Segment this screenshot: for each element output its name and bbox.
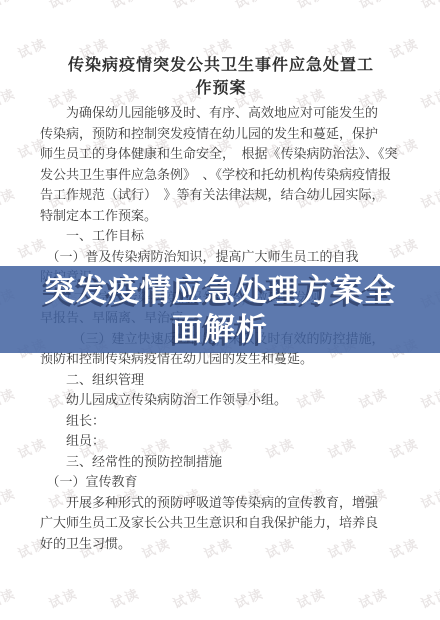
watermark-stamp: 试读 (355, 583, 390, 613)
document-line: 组员： (40, 431, 402, 452)
document-line: 广大师生员工及家长公共卫生意识和自我保护能力，培养良 (40, 513, 402, 534)
document-line: 幼儿园成立传染病防治工作领导小组。 (40, 390, 402, 411)
watermark-stamp: 试读 (107, 583, 142, 613)
document-line: 好的卫生习惯。 (40, 534, 402, 555)
document-line: （一）普及传染病防治知识，提高广大师生员工的自我 (40, 247, 402, 268)
document-title-line2: 作预案 (40, 77, 402, 100)
document-title-line1: 传染病疫情突发公共卫生事件应急处置工 (40, 54, 402, 77)
document-line: 为确保幼儿园能够及时、有序、高效地应对可能发生的 (40, 103, 402, 124)
watermark-stamp: 试读 (45, 583, 80, 613)
document-line: 二、组织管理 (40, 370, 402, 391)
document-line: 组长： (40, 411, 402, 432)
promo-title-line1: 突发疫情应急处理方案全 (44, 271, 396, 310)
document-line: 开展多种形式的预防呼吸道等传染病的宣传教育，增强 (40, 493, 402, 514)
watermark-stamp: 试读 (0, 583, 19, 613)
document-line: 三、经常性的预防控制措施 (40, 452, 402, 473)
document-line: 传染病，预防和控制突发疫情在幼儿园的发生和蔓延，保护 (40, 124, 402, 145)
promo-banner: 突发疫情应急处理方案全 面解析 (0, 266, 440, 353)
document-line: 师生员工的身体健康和生命安全， 根据《传染病防治法》、《突 (40, 144, 402, 165)
document-line: 告工作规范（试行） 》等有关法律法规，结合幼儿园实际， (40, 185, 402, 206)
document-line: 特制定本工作预案。 (40, 206, 402, 227)
document-line: 发公共卫生事件应急条例》 、《学校和托幼机构传染病疫情报 (40, 165, 402, 186)
watermark-stamp: 试读 (169, 583, 204, 613)
watermark-stamp: 试读 (231, 583, 266, 613)
promo-title-line2: 面解析 (172, 310, 268, 349)
document-line: （一）宣传教育 (40, 472, 402, 493)
watermark-stamp: 试读 (417, 583, 440, 613)
watermark-stamp: 试读 (293, 583, 328, 613)
document-title: 传染病疫情突发公共卫生事件应急处置工 作预案 (40, 54, 402, 100)
document-line: 一、工作目标 (40, 226, 402, 247)
